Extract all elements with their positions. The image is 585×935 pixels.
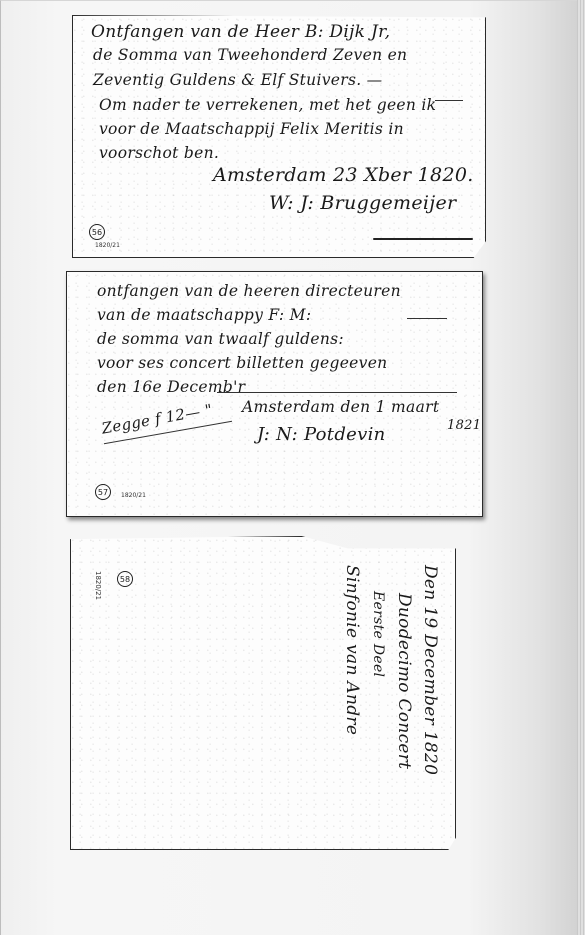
rotated-archive-block: 58 1820/21 bbox=[98, 571, 133, 600]
receipt-line: ontfangen van de heeren directeuren bbox=[97, 282, 401, 300]
note-line: Den 19 December 1820 bbox=[417, 565, 443, 775]
receipt-line: voorschot ben. bbox=[99, 144, 219, 162]
archive-reference: 1820/21 bbox=[94, 571, 102, 600]
receipt-card-56: Ontfangen van de Heer B: Dijk Jr, de Som… bbox=[72, 15, 486, 258]
concert-note-card-58: Den 19 December 1820 Duodecimo Concert E… bbox=[70, 536, 456, 850]
receipt-line: van de maatschappy F: M: bbox=[97, 306, 311, 324]
receipt-line: Ontfangen van de Heer B: Dijk Jr, bbox=[91, 22, 390, 42]
rotated-text-block: Den 19 December 1820 Duodecimo Concert E… bbox=[339, 565, 443, 775]
archive-number-stamp: 57 bbox=[95, 484, 111, 500]
place-date: Amsterdam 23 Xber 1820. bbox=[213, 164, 474, 186]
archive-number-stamp: 58 bbox=[117, 571, 133, 587]
receipt-line: Om nader te verrekenen, met het geen ik bbox=[99, 96, 436, 114]
signature-flourish bbox=[373, 238, 473, 240]
year: 1821 bbox=[447, 418, 481, 433]
scanner-edge bbox=[577, 0, 585, 935]
signature: W: J: Bruggemeijer bbox=[269, 192, 456, 214]
receipt-line: Zeventig Guldens & Elf Stuivers. — bbox=[93, 71, 382, 89]
line-filler-dash bbox=[217, 392, 457, 393]
receipt-line: voor de Maatschappij Felix Meritis in bbox=[99, 120, 404, 138]
signature: J: N: Potdevin bbox=[257, 424, 386, 445]
note-line: Sinfonie van Andre bbox=[339, 565, 365, 775]
line-filler-dash bbox=[435, 100, 463, 101]
receipt-line: den 16e Decemb'r bbox=[97, 378, 245, 396]
line-filler-dash bbox=[407, 318, 447, 319]
receipt-card-57: ontfangen van de heeren directeuren van … bbox=[66, 271, 483, 517]
archive-reference: 1820/21 bbox=[121, 492, 146, 499]
note-line: Duodecimo Concert bbox=[391, 593, 417, 803]
receipt-line: de Somma van Tweehonderd Zeven en bbox=[93, 46, 407, 64]
amount: Zegge f 12— " bbox=[100, 400, 214, 437]
archive-number-stamp: 56 bbox=[89, 224, 105, 240]
note-line: Eerste Deel bbox=[365, 591, 391, 801]
receipt-line: de somma van twaalf guldens: bbox=[97, 330, 344, 348]
archive-reference: 1820/21 bbox=[95, 242, 120, 249]
receipt-line: voor ses concert billetten gegeeven bbox=[97, 354, 387, 372]
place-date: Amsterdam den 1 maart bbox=[242, 398, 439, 416]
